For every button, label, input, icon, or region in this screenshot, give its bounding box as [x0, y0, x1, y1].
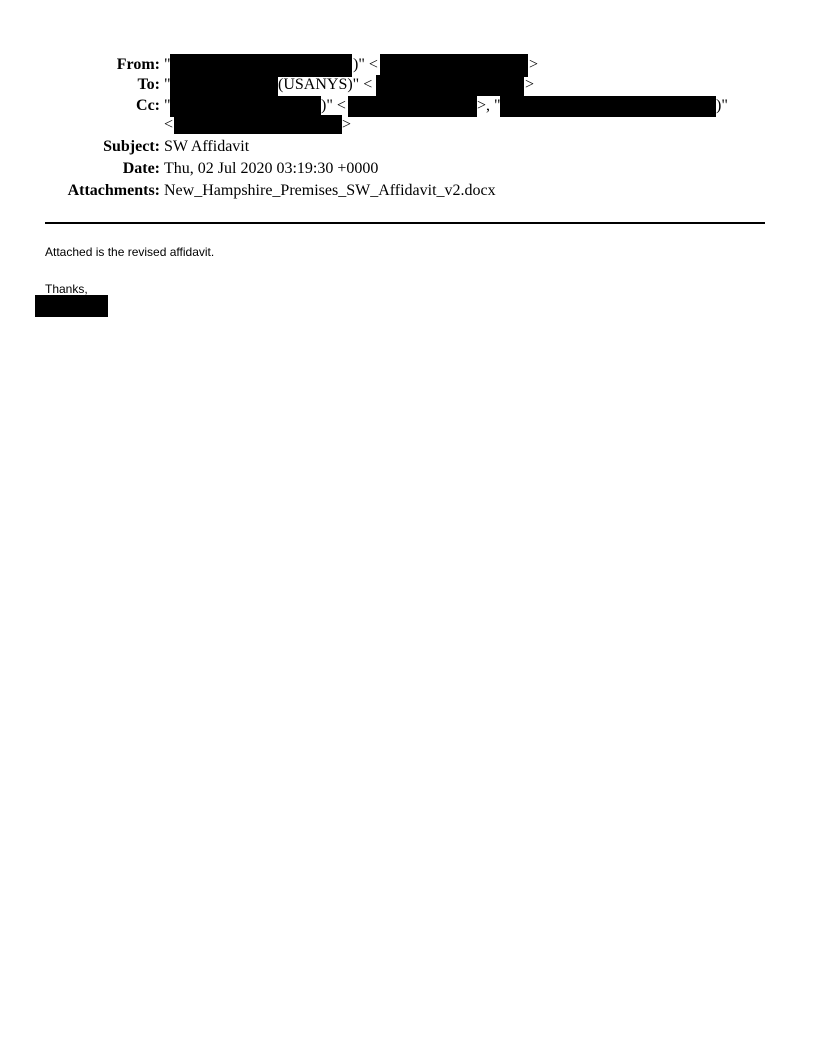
to-name-redaction	[170, 75, 278, 96]
cc-angle-open: <	[164, 114, 173, 136]
to-close: >	[525, 74, 534, 96]
signature-redaction	[35, 295, 108, 317]
header-divider	[45, 222, 765, 224]
subject-value: SW Affidavit	[164, 136, 249, 158]
to-label: To:	[137, 74, 160, 96]
to-email-redaction	[376, 75, 524, 96]
to-sep: (USANYS)" <	[278, 74, 372, 96]
cc-angle-close: >	[342, 114, 351, 136]
cc-name1-redaction	[170, 96, 321, 117]
attachments-label: Attachments:	[68, 180, 160, 202]
cc-email2-redaction	[174, 115, 342, 134]
cc-sep2: >, "	[477, 95, 501, 117]
from-label: From:	[117, 54, 160, 76]
from-email-redaction	[380, 54, 528, 77]
subject-label: Subject:	[103, 136, 160, 158]
date-label: Date:	[123, 158, 160, 180]
attachment-link[interactable]: New_Hampshire_Premises_SW_Affidavit_v2.d…	[164, 180, 496, 202]
from-close: >	[529, 54, 538, 76]
cc-label: Cc:	[136, 95, 160, 117]
date-value: Thu, 02 Jul 2020 03:19:30 +0000	[164, 158, 378, 180]
cc-name2-redaction	[500, 96, 716, 117]
cc-email1-redaction	[348, 96, 477, 117]
from-sep: )" <	[353, 54, 378, 76]
cc-sep3: )"	[716, 95, 728, 117]
body-line: Attached is the revised affidavit.	[45, 245, 214, 260]
